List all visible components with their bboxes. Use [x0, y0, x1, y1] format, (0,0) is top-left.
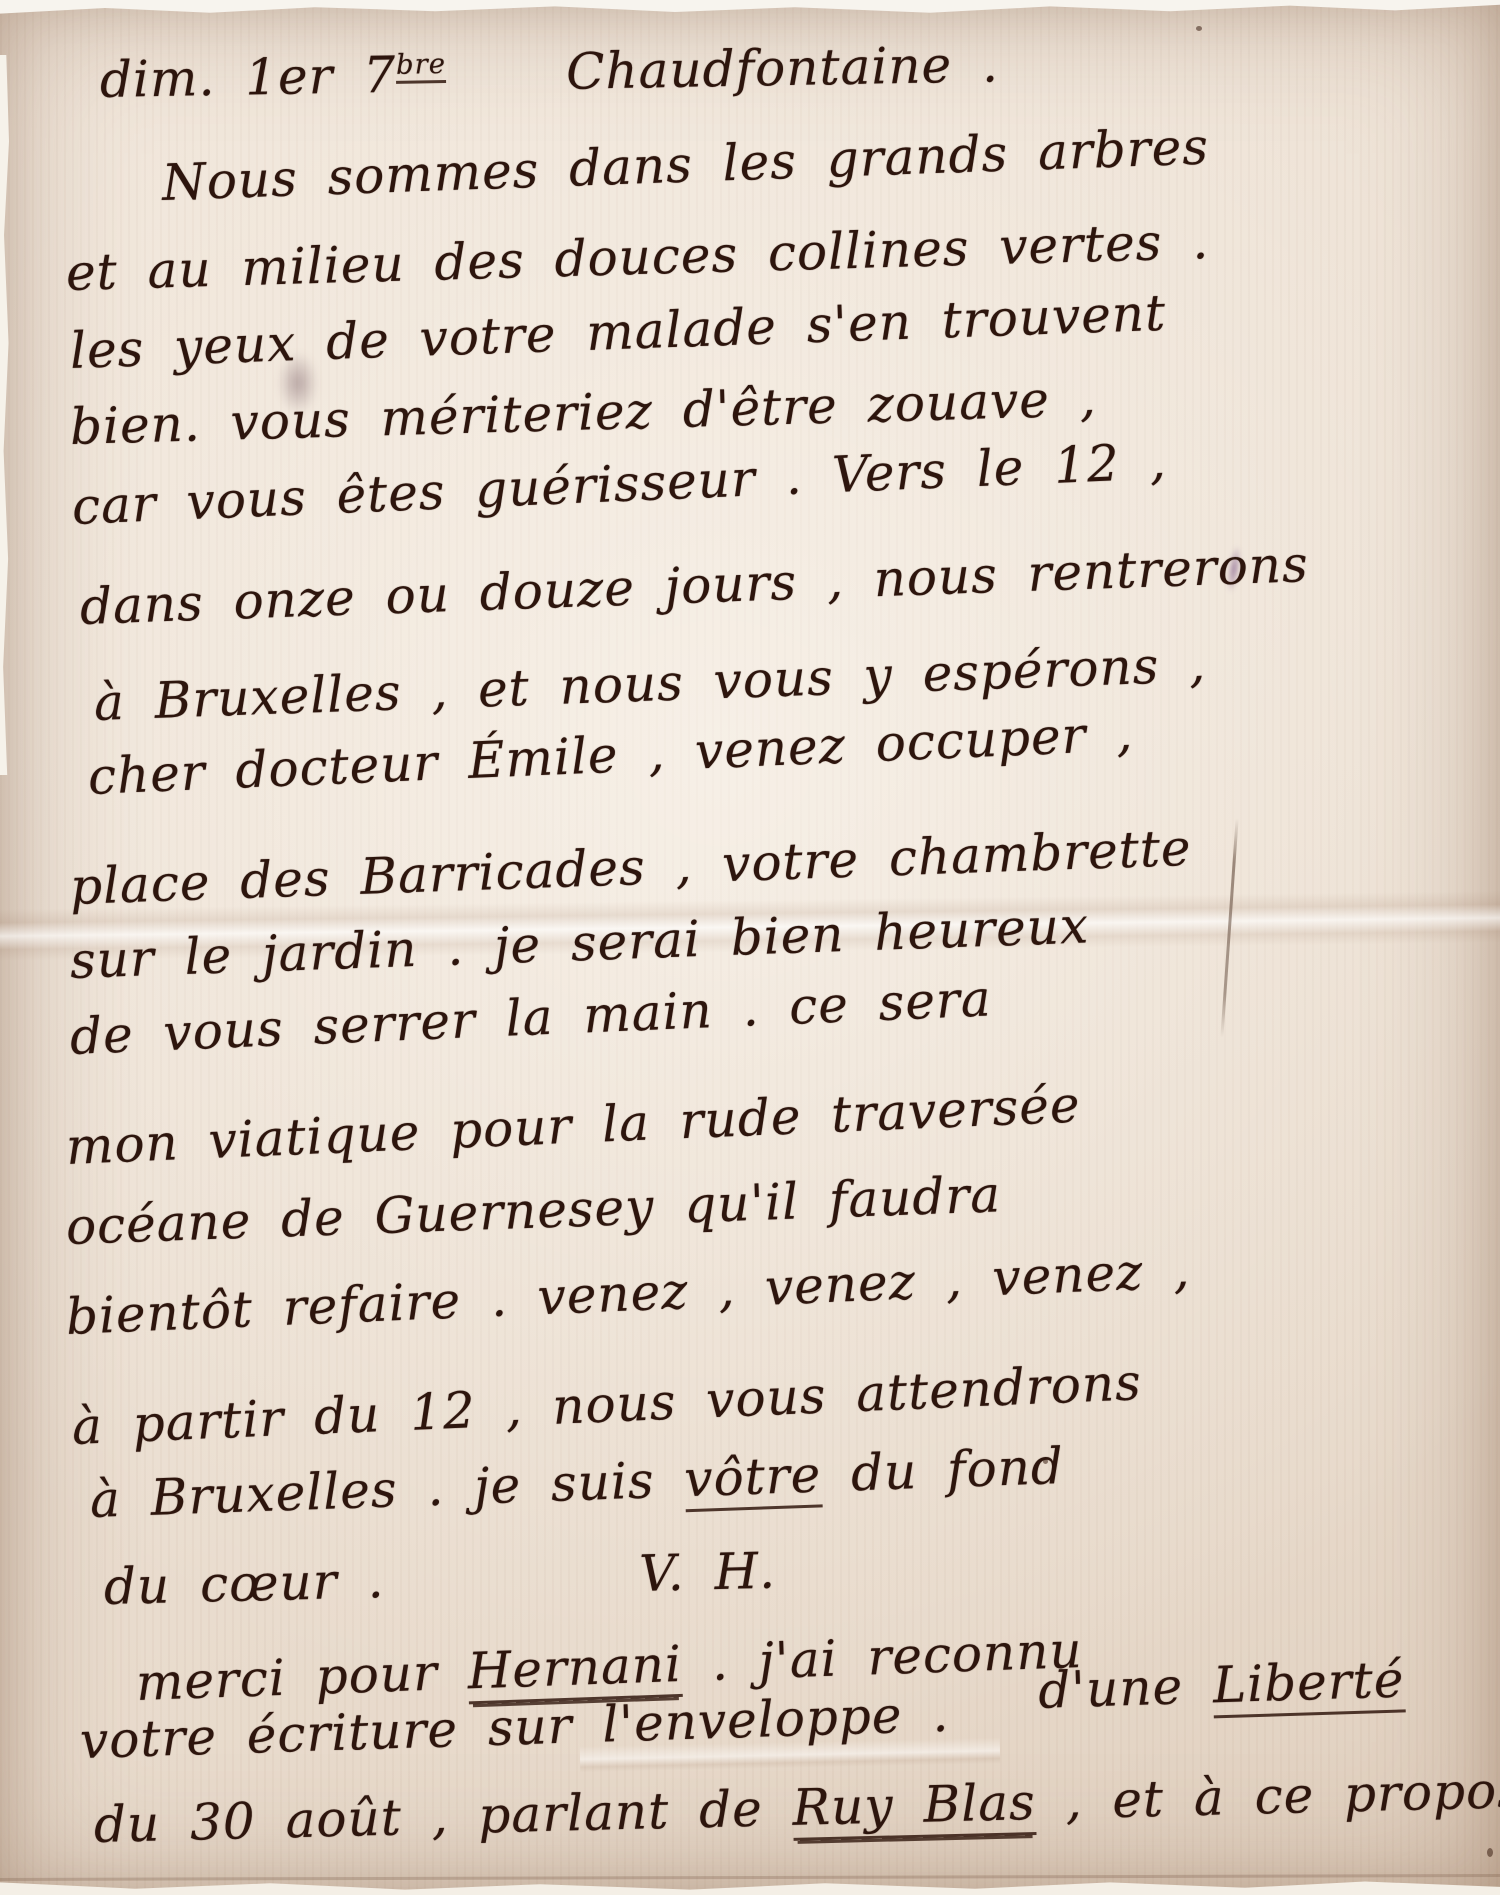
- body-text: du fond: [820, 1437, 1065, 1503]
- date-text: dim. 1er 7: [99, 46, 396, 109]
- place-name: Chaudfontaine .: [446, 35, 1000, 103]
- underlined-title-liberte: Liberté: [1212, 1650, 1405, 1718]
- closing-line: du cœur .V. H.: [103, 1546, 776, 1612]
- closing-text: du cœur .: [103, 1551, 385, 1616]
- paper-speck: [1487, 1848, 1493, 1857]
- dateline: dim. 1er 7breChaudfontaine .: [100, 39, 1000, 105]
- paper-speck: [1196, 26, 1202, 31]
- postscript-text: , et à ce propos ,: [1035, 1760, 1500, 1831]
- date-superscript: bre: [396, 48, 447, 84]
- signature: V. H.: [384, 1542, 777, 1610]
- underlined-title-ruy-blas: Ruy Blas: [792, 1773, 1037, 1841]
- underlined-word-votre: vôtre: [683, 1445, 822, 1512]
- postscript-text: d'une: [948, 1656, 1214, 1722]
- letter-scan: dim. 1er 7breChaudfontaine . Nous sommes…: [0, 0, 1500, 1895]
